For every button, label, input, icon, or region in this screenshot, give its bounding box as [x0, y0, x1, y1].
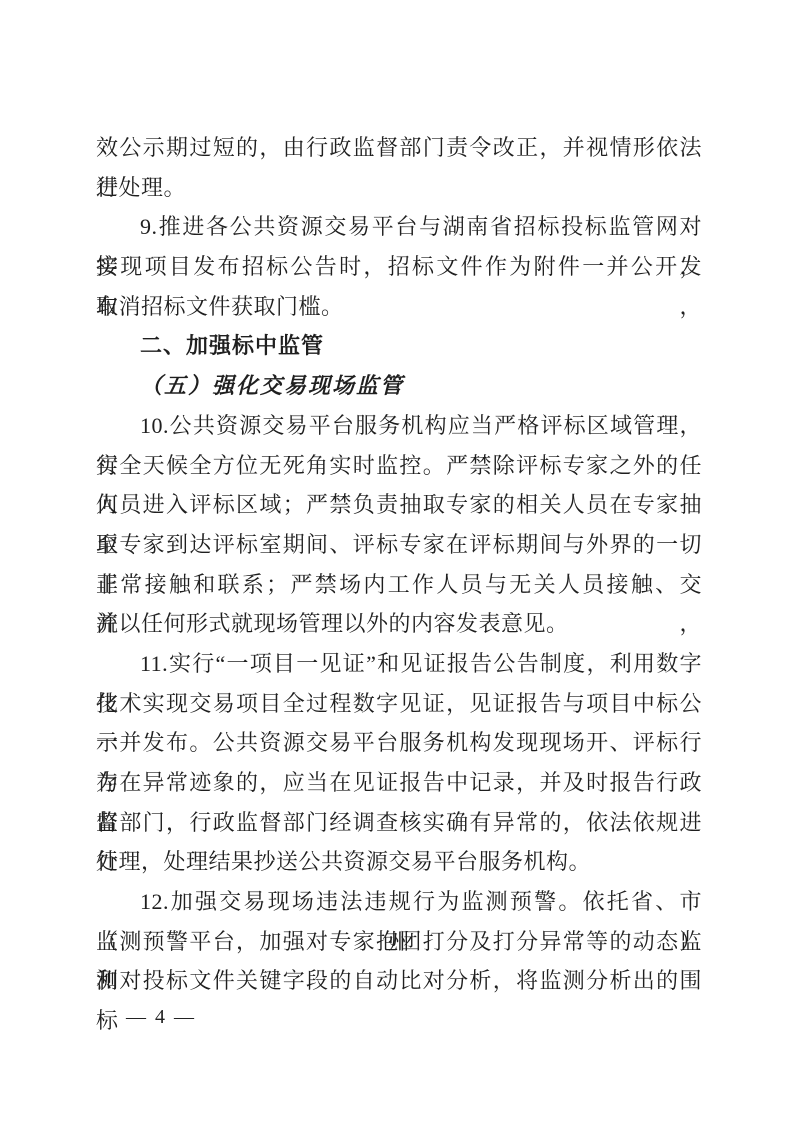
- body-line: 监测预警平台，加强对专家抱团打分及打分异常等的动态监测: [96, 922, 702, 962]
- body-line: 实现项目发布招标公告时，招标文件作为附件一并公开发布，: [96, 247, 702, 287]
- page-number: — 4 —: [126, 1004, 196, 1030]
- body-line: 和对投标文件关键字段的自动比对分析，将监测分析出的围标: [96, 961, 702, 1001]
- body-line: 9.推进各公共资源交易平台与湖南省招标投标监管网对接，: [96, 207, 702, 247]
- body-line: 11.实行“一项目一见证”和见证报告公告制度，利用数字化: [96, 644, 702, 684]
- body-line: 督部门，行政监督部门经调查核实确有异常的，依法依规进行: [96, 803, 702, 843]
- body-line: 行处理。: [96, 168, 702, 208]
- body-line: 技术实现交易项目全过程数字见证，见证报告与项目中标公示: [96, 684, 702, 724]
- body-line: 效公示期过短的，由行政监督部门责令改正，并视情形依法进: [96, 128, 702, 168]
- subsection-heading: （五）强化交易现场监管: [96, 366, 702, 406]
- body-line: 至专家到达评标室期间、评标专家在评标期间与外界的一切非: [96, 525, 702, 565]
- body-line: 存在异常迹象的，应当在见证报告中记录，并及时报告行政监: [96, 763, 702, 803]
- document-body: 效公示期过短的，由行政监督部门责令改正，并视情形依法进 行处理。 9.推进各公共…: [96, 128, 702, 1001]
- section-heading: 二、加强标中监管: [96, 326, 702, 366]
- body-line: 一并发布。公共资源交易平台服务机构发现现场开、评标行为: [96, 723, 702, 763]
- body-line: 10.公共资源交易平台服务机构应当严格评标区域管理，实: [96, 406, 702, 446]
- body-line: 处理，处理结果抄送公共资源交易平台服务机构。: [96, 842, 702, 882]
- body-line: 正常接触和联系；严禁场内工作人员与无关人员接触、交流，: [96, 565, 702, 605]
- body-line: 12.加强交易现场违法违规行为监测预警。依托省、市（州）: [96, 882, 702, 922]
- body-line: 人员进入评标区域；严禁负责抽取专家的相关人员在专家抽取: [96, 485, 702, 525]
- body-line: 行全天候全方位无死角实时监控。严禁除评标专家之外的任何: [96, 446, 702, 486]
- document-page: 效公示期过短的，由行政监督部门责令改正，并视情形依法进 行处理。 9.推进各公共…: [0, 0, 793, 1122]
